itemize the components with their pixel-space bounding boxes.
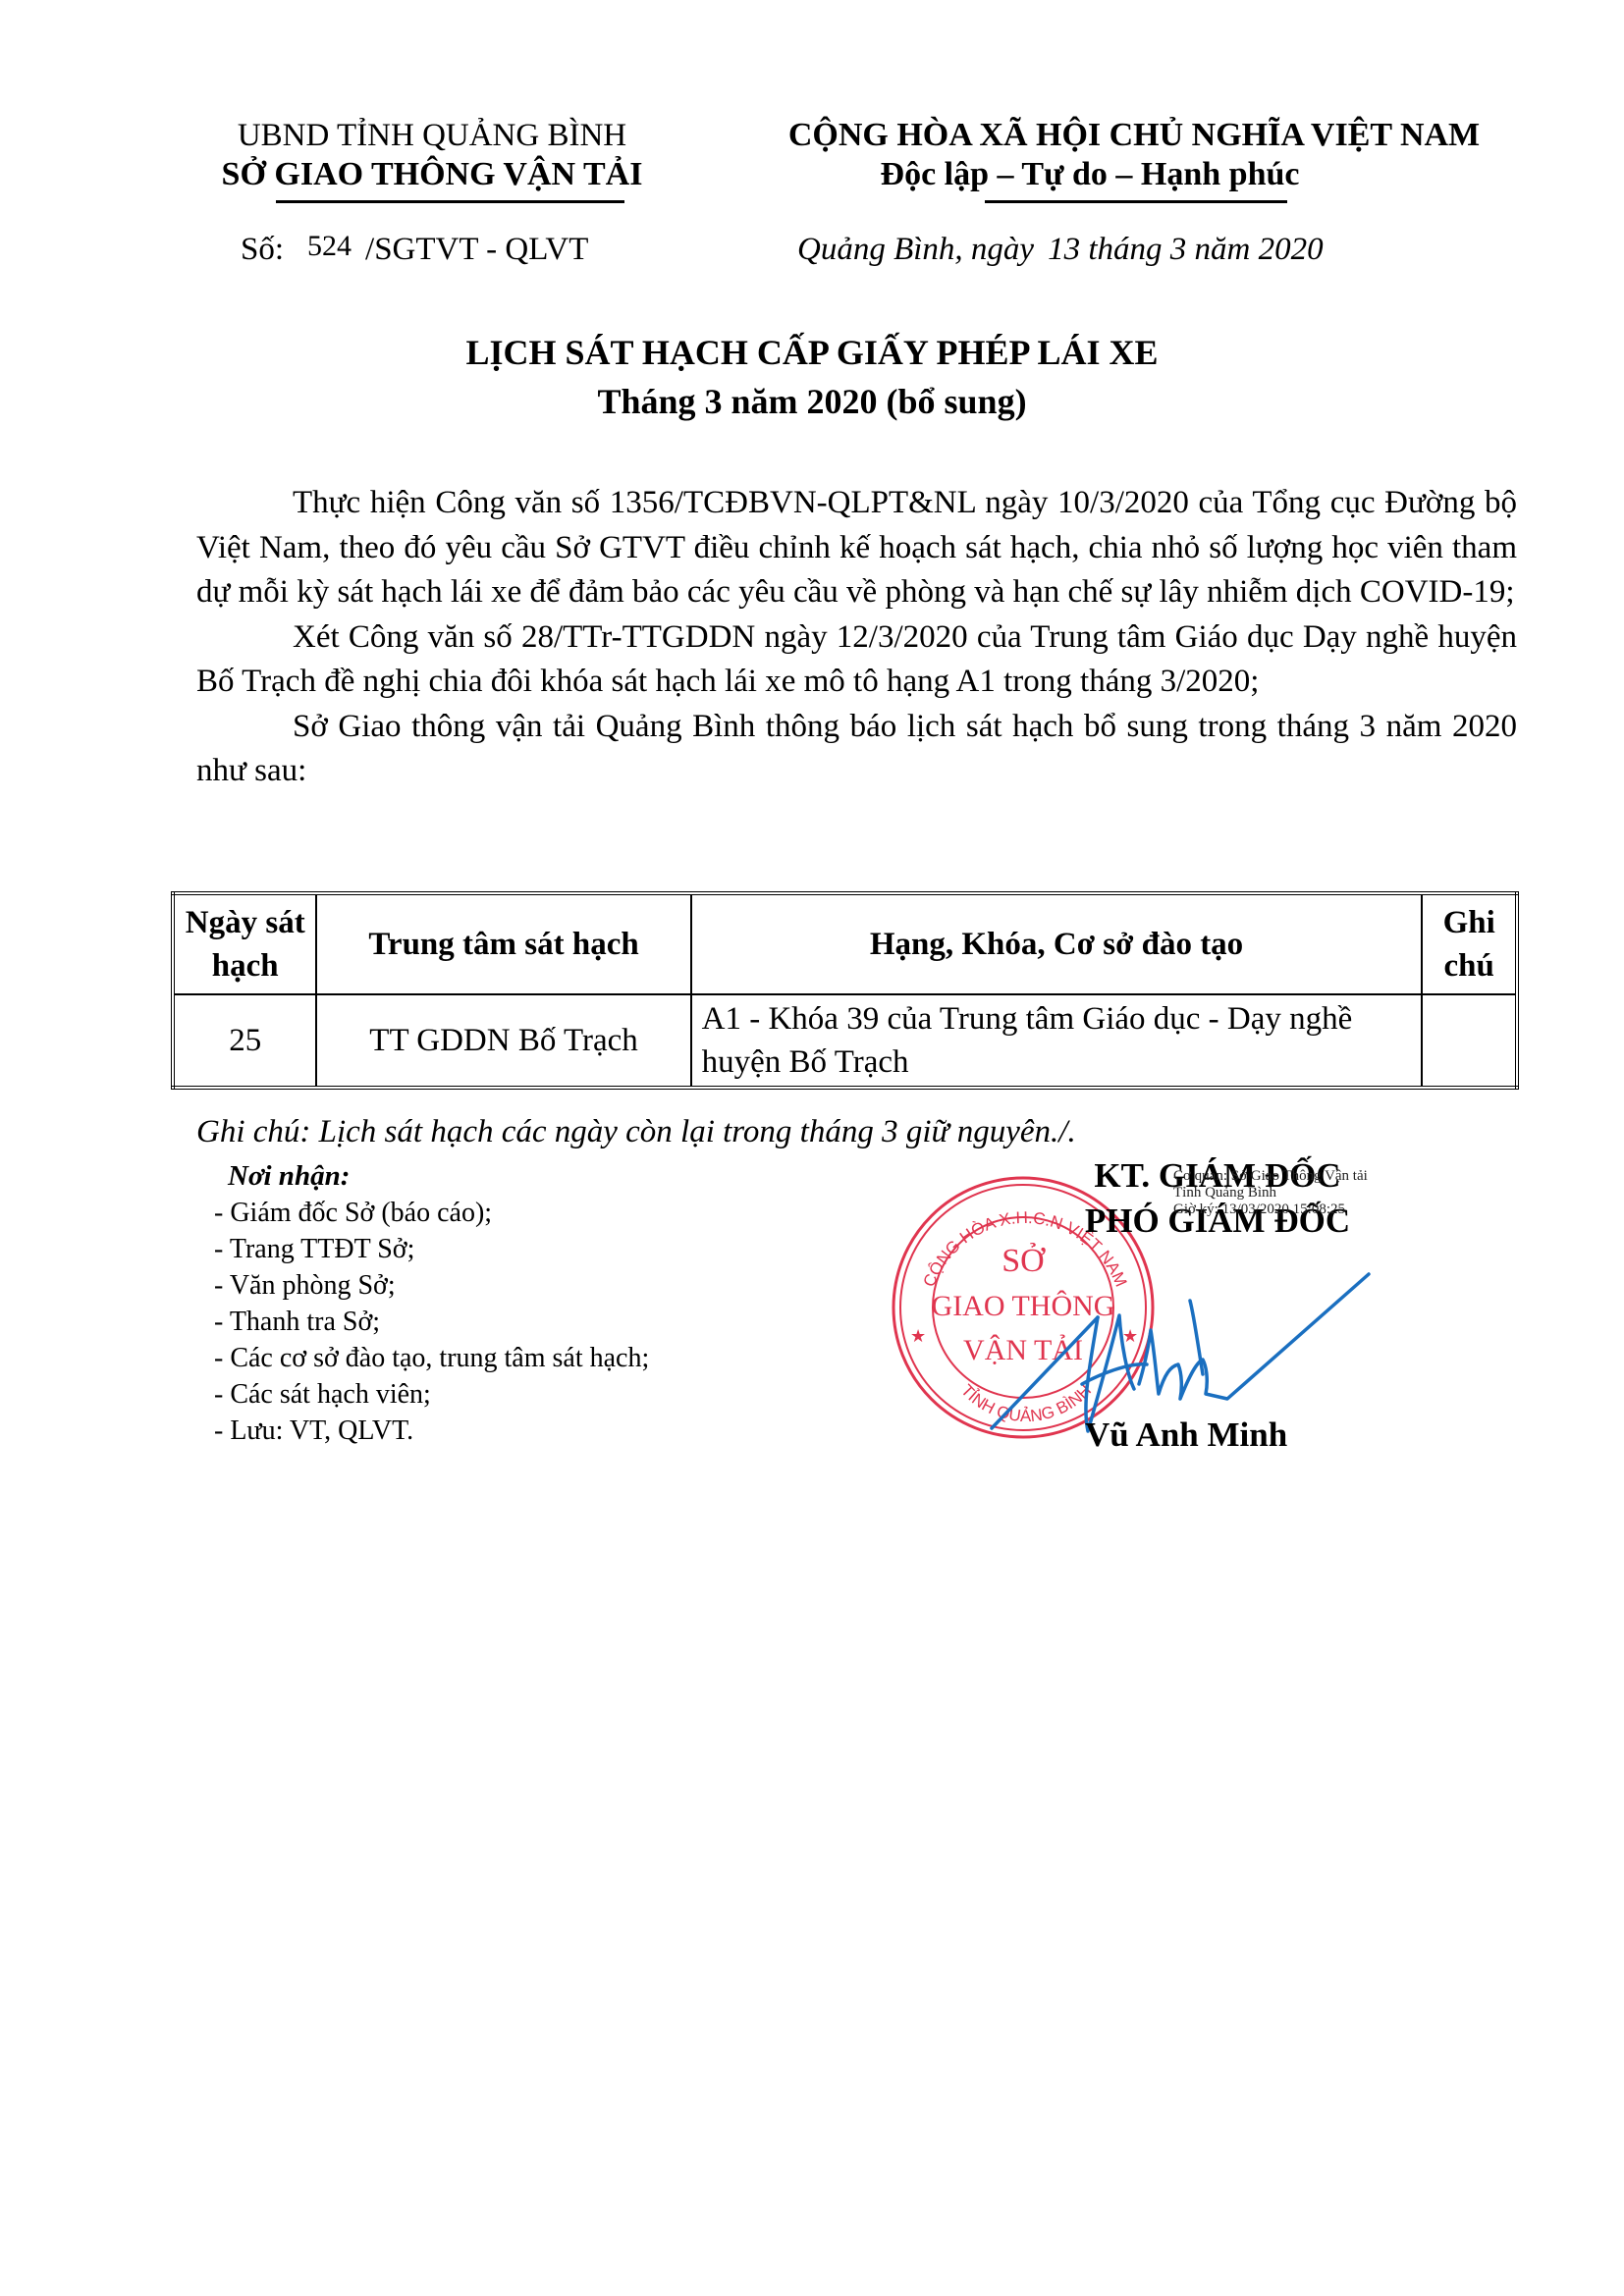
doc-number-value: 524 [307, 230, 352, 263]
header-exam-center: Trung tâm sát hạch [316, 893, 690, 994]
schedule-table: Ngày sát hạch Trung tâm sát hạch Hạng, K… [171, 891, 1519, 1090]
issuing-authority: UBND TỈNH QUẢNG BÌNH [157, 116, 707, 155]
recipient-item: - Các sát hạch viên; [214, 1376, 649, 1413]
table-row: 25 TT GDDN Bố Trạch A1 - Khóa 39 của Tru… [173, 994, 1517, 1088]
cell-notes [1422, 994, 1517, 1088]
table-header-row: Ngày sát hạch Trung tâm sát hạch Hạng, K… [173, 893, 1517, 994]
header-notes: Ghi chú [1422, 893, 1517, 994]
header-class-course-school: Hạng, Khóa, Cơ sở đào tạo [691, 893, 1423, 994]
recipient-item: - Thanh tra Sở; [214, 1304, 649, 1340]
issuer-block: UBND TỈNH QUẢNG BÌNH SỞ GIAO THÔNG VẬN T… [157, 116, 707, 203]
svg-text:★: ★ [910, 1326, 926, 1346]
country-name: CỘNG HÒA XÃ HỘI CHỦ NGHĨA VIỆT NAM [746, 116, 1522, 155]
digital-signature-province: Tỉnh Quảng Bình [1173, 1185, 1368, 1201]
recipients-block: Nơi nhận: - Giám đốc Sở (báo cáo); - Tra… [214, 1158, 649, 1449]
recipients-heading: Nơi nhận: [228, 1158, 649, 1195]
cell-exam-date: 25 [173, 994, 316, 1088]
recipient-item: - Giám đốc Sở (báo cáo); [214, 1195, 649, 1231]
recipient-item: - Lưu: VT, QLVT. [214, 1413, 649, 1449]
national-motto: Độc lập – Tự do – Hạnh phúc [746, 155, 1522, 194]
national-header: CỘNG HÒA XÃ HỘI CHỦ NGHĨA VIỆT NAM Độc l… [746, 116, 1522, 203]
document-number: Số:524/SGTVT - QLVT [241, 232, 588, 268]
signer-name: Vũ Anh Minh [1085, 1415, 1287, 1455]
digital-signature-agency: Cơ quan: Sở Giao Thông Vận tải [1173, 1168, 1368, 1185]
body-paragraph: Sở Giao thông vận tải Quảng Bình thông b… [196, 705, 1517, 794]
recipient-item: - Văn phòng Sở; [214, 1267, 649, 1304]
digital-signature-info: Cơ quan: Sở Giao Thông Vận tải Tỉnh Quản… [1173, 1168, 1368, 1218]
recipient-item: - Các cơ sở đào tạo, trung tâm sát hạch; [214, 1340, 649, 1376]
document-body: Thực hiện Công văn số 1356/TCĐBVN-QLPT&N… [196, 481, 1517, 794]
digital-signature-time: Giờ ký: 13/03/2020 15:08:25 [1173, 1201, 1368, 1218]
cell-class-course-school: A1 - Khóa 39 của Trung tâm Giáo dục - Dạ… [691, 994, 1423, 1088]
header-exam-date: Ngày sát hạch [173, 893, 316, 994]
place-date-value: 13 tháng 3 năm 2020 [1048, 232, 1324, 267]
body-paragraph: Xét Công văn số 28/TTr-TTGDDN ngày 12/3/… [196, 615, 1517, 705]
motto-underline [985, 200, 1287, 203]
cell-exam-center: TT GDDN Bố Trạch [316, 994, 690, 1088]
document-title: LỊCH SÁT HẠCH CẤP GIẤY PHÉP LÁI XE [0, 332, 1624, 373]
place-date-prefix: Quảng Bình, ngày [797, 232, 1034, 267]
issuing-department: SỞ GIAO THÔNG VẬN TẢI [157, 155, 707, 194]
doc-number-label: Số: [241, 232, 284, 267]
department-underline [276, 200, 624, 203]
doc-number-code: /SGTVT - QLVT [365, 232, 588, 267]
place-date: Quảng Bình, ngày13 tháng 3 năm 2020 [797, 232, 1324, 268]
document-subtitle: Tháng 3 năm 2020 (bổ sung) [0, 381, 1624, 422]
recipient-item: - Trang TTĐT Sở; [214, 1231, 649, 1267]
footnote: Ghi chú: Lịch sát hạch các ngày còn lại … [196, 1114, 1076, 1150]
body-paragraph: Thực hiện Công văn số 1356/TCĐBVN-QLPT&N… [196, 481, 1517, 615]
